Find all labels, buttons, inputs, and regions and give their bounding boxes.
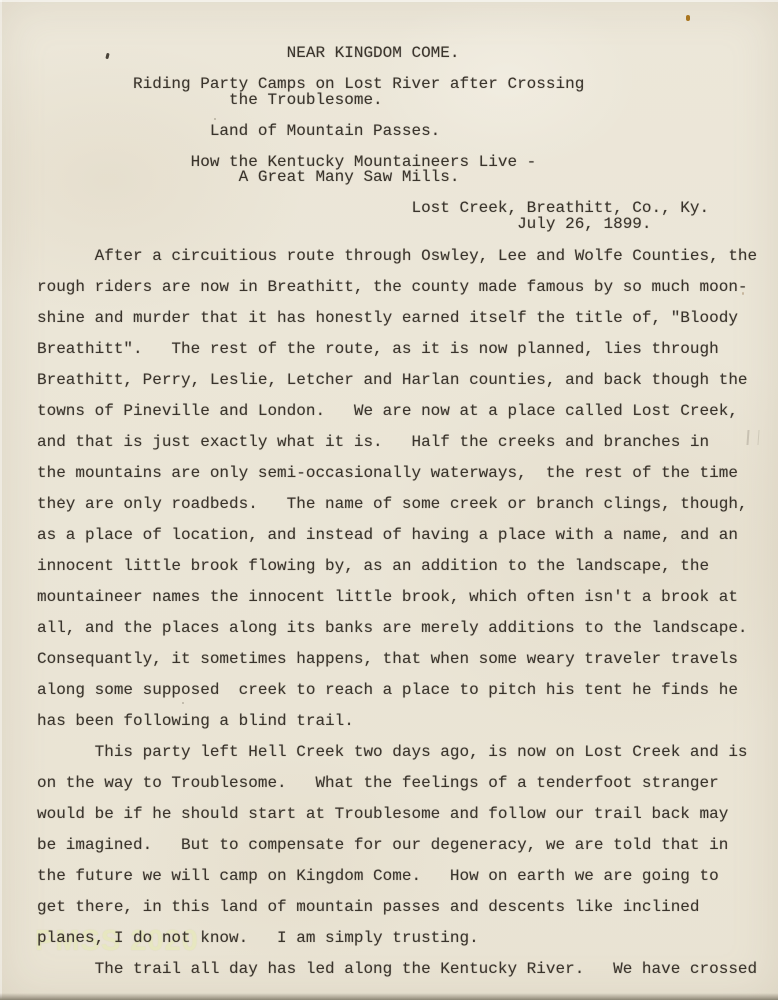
document-page: PMSS 2020 NEAR KINGDOM COME. Riding Part… xyxy=(0,0,778,1000)
document-line: After a circuitious route through Oswley… xyxy=(37,248,757,279)
paper-speck xyxy=(60,498,62,500)
document-line: has been following a blind trail. xyxy=(37,713,757,744)
document-line: NEAR KINGDOM COME. xyxy=(37,46,757,62)
document-line: all, and the places along its banks are … xyxy=(37,620,757,651)
document-line: Breathitt, Perry, Leslie, Letcher and Ha… xyxy=(37,372,757,403)
document-line: mountaineer names the innocent little br… xyxy=(37,589,757,620)
document-line: A Great Many Saw Mills. xyxy=(37,170,757,186)
scan-edge-left xyxy=(0,0,2,1000)
scan-edge-top xyxy=(0,0,778,2)
document-line: on the way to Troublesome. What the feel… xyxy=(37,775,757,806)
document-line: shine and murder that it has honestly ea… xyxy=(37,310,757,341)
document-line: and that is just exactly what it is. Hal… xyxy=(37,434,757,465)
blank-line xyxy=(37,232,757,248)
paper-speck xyxy=(182,702,184,704)
document-line: towns of Pineville and London. We are no… xyxy=(37,403,757,434)
scan-edge-bottom xyxy=(0,993,778,1000)
document-line: be imagined. But to compensate for our d… xyxy=(37,837,757,868)
document-line: the mountains are only semi-occasionally… xyxy=(37,465,757,496)
document-line: rough riders are now in Breathitt, the c… xyxy=(37,279,757,310)
paper-speck xyxy=(214,118,216,120)
document-line: This party left Hell Creek two days ago,… xyxy=(37,744,757,775)
document-line: would be if he should start at Troubleso… xyxy=(37,806,757,837)
paper-speck xyxy=(686,15,690,21)
document-line: Consequantly, it sometimes happens, that… xyxy=(37,651,757,682)
document-line: get there, in this land of mountain pass… xyxy=(37,899,757,930)
document-line: the future we will camp on Kingdom Come.… xyxy=(37,868,757,899)
document-line: Land of Mountain Passes. xyxy=(37,124,757,140)
document-line: July 26, 1899. xyxy=(37,217,757,233)
document-line: planes, I do not know. I am simply trust… xyxy=(37,930,757,961)
document-line: innocent little brook flowing by, as an … xyxy=(37,558,757,589)
document-line: along some supposed creek to reach a pla… xyxy=(37,682,757,713)
document-line: The trail all day has led along the Kent… xyxy=(37,961,757,992)
document-line: Breathitt". The rest of the route, as it… xyxy=(37,341,757,372)
document-line: as a place of location, and instead of h… xyxy=(37,527,757,558)
document-text: NEAR KINGDOM COME. Riding Party Camps on… xyxy=(37,46,757,992)
document-line: they are only roadbeds. The name of some… xyxy=(37,496,757,527)
document-line: the Troublesome. xyxy=(37,93,757,109)
paper-speck xyxy=(742,292,744,295)
